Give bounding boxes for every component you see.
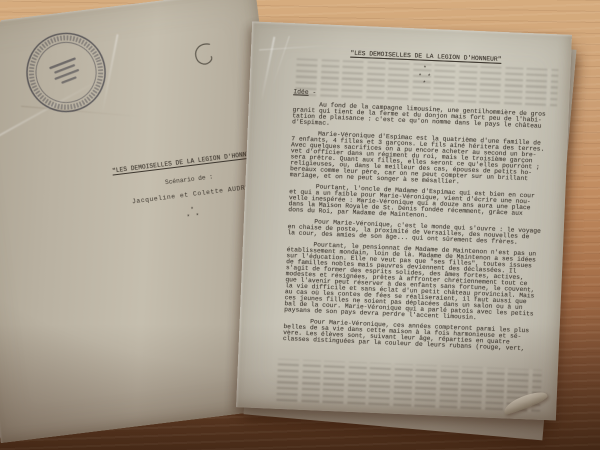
synopsis-paragraph: Pour Marie-Véronique, ces années compter… (283, 318, 546, 353)
synopsis-paragraph: Pourtant, l'oncle de Madame d'Espimac qu… (288, 183, 551, 224)
idea-heading-word: Idée (293, 88, 309, 96)
script-page: "LES DEMOISELLES DE LA LEGION D'HONNEUR"… (236, 21, 572, 420)
handwritten-c-mark (190, 39, 222, 74)
idea-heading-dash: - (309, 89, 317, 96)
synopsis-paragraph: Marie-Véronique d'Espimac est la quatriè… (290, 130, 554, 189)
synopsis-paragraph: Pourtant, le pensionnat de Madame de Mai… (284, 242, 549, 324)
synopsis-paragraphs: Au fond de la campagne limousine, une ge… (283, 101, 555, 353)
script-page-content: "LES DEMOISELLES DE LA LEGION D'HONNEUR"… (239, 21, 572, 353)
ghost-text-bleedthrough (276, 359, 542, 412)
photo-of-documents: "LES DEMOISELLES DE LA LEGION D'HONNEUR"… (0, 0, 600, 450)
library-stamp-icon (12, 18, 121, 127)
